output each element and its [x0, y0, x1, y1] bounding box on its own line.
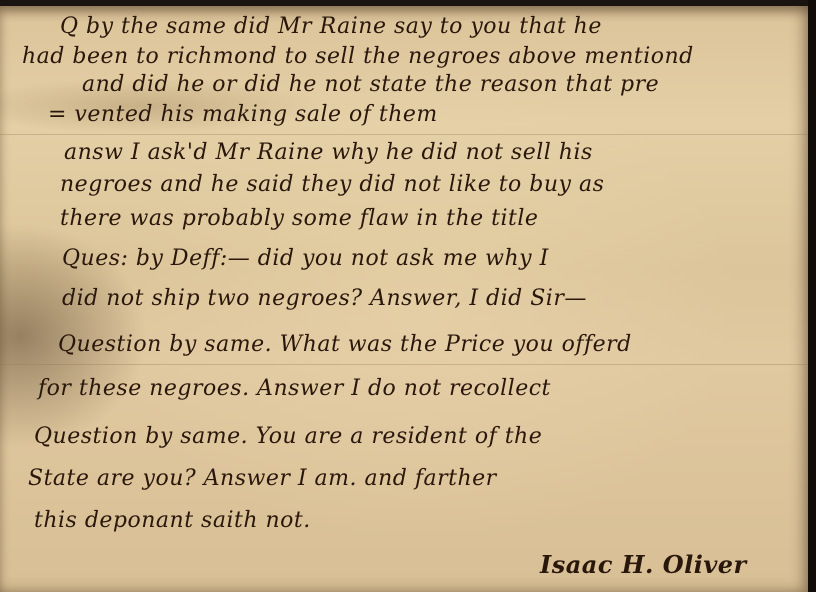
manuscript-line-2: had been to richmond to sell the negroes…: [22, 44, 694, 69]
manuscript-line-6: negroes and he said they did not like to…: [60, 172, 604, 197]
manuscript-line-1: Q by the same did Mr Raine say to you th…: [60, 14, 780, 39]
manuscript-line-7: there was probably some flaw in the titl…: [60, 206, 538, 231]
manuscript-line-8: Ques: by Deff:— did you not ask me why I: [62, 246, 549, 271]
manuscript-line-10: Question by same. What was the Price you…: [58, 332, 632, 357]
manuscript-line-5: answ I ask'd Mr Raine why he did not sel…: [64, 140, 593, 165]
manuscript-line-12: Question by same. You are a resident of …: [34, 424, 542, 449]
paper-fold-line: [0, 364, 812, 365]
signature: Isaac H. Oliver: [540, 550, 747, 579]
manuscript-line-13: State are you? Answer I am. and farther: [28, 466, 497, 491]
manuscript-line-11: for these negroes. Answer I do not recol…: [38, 376, 551, 401]
manuscript-line-14: this deponant saith not.: [34, 508, 311, 533]
manuscript-line-9: did not ship two negroes? Answer, I did …: [62, 286, 587, 311]
manuscript-line-3: and did he or did he not state the reaso…: [82, 72, 659, 97]
paper-fold-line: [0, 134, 812, 135]
manuscript-line-4: = vented his making sale of them: [48, 102, 438, 127]
page-edge-shadow: [808, 0, 816, 592]
manuscript-page: Q by the same did Mr Raine say to you th…: [0, 6, 812, 592]
